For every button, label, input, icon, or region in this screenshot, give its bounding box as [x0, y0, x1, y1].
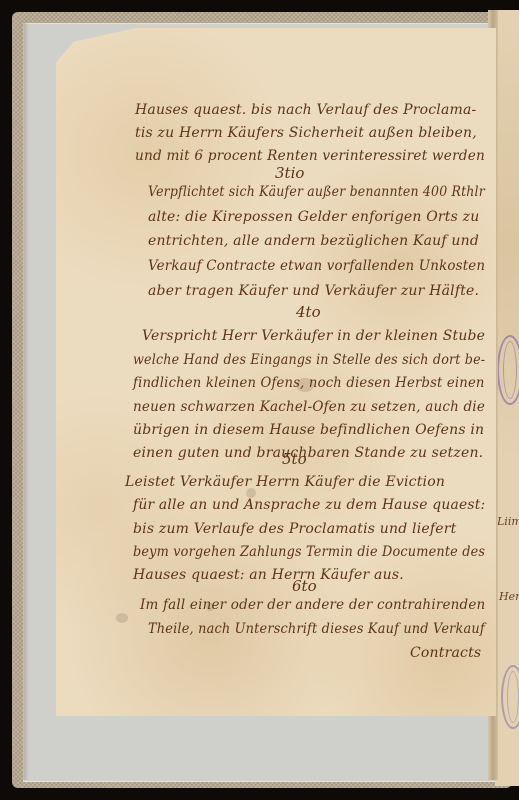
- text-line: Contracts: [410, 645, 481, 661]
- text-line: findlichen kleinen Ofens, noch diesen He…: [133, 375, 485, 391]
- text-line: tis zu Herrn Käufers Sicherheit außen bl…: [135, 125, 477, 141]
- text-line: beym vorgehen Zahlungs Termin die Docume…: [133, 544, 485, 560]
- text-line: übrigen in diesem Hause befindlichen Oef…: [133, 422, 484, 438]
- text-line: Theile, nach Unterschrift dieses Kauf un…: [148, 621, 485, 637]
- text-line: entrichten, alle andern bezüglichen Kauf…: [148, 233, 479, 249]
- section-number: 4to: [296, 303, 321, 321]
- text-line: welche Hand des Eingangs in Stelle des s…: [133, 352, 485, 368]
- text-line: aber tragen Käufer und Verkäufer zur Häl…: [148, 283, 479, 299]
- handwritten-text: Hauses quaest. bis nach Verlauf des Proc…: [0, 0, 519, 800]
- text-line: und mit 6 procent Renten verinteressiret…: [135, 148, 485, 164]
- text-line: Verspricht Herr Verkäufer in der kleinen…: [142, 328, 485, 344]
- text-line: Hauses quaest. bis nach Verlauf des Proc…: [135, 102, 476, 118]
- section-number: 6to: [292, 577, 317, 595]
- text-line: alte: die Kirepossen Gelder enforigen Or…: [148, 209, 479, 225]
- text-line: Im fall einer oder der andere der contra…: [140, 597, 485, 613]
- text-line: einen guten und brauchbaren Stande zu se…: [133, 445, 483, 461]
- text-line: Verpflichtet sich Käufer außer benannten…: [148, 184, 485, 200]
- text-line: für alle an und Ansprache zu dem Hause q…: [133, 497, 485, 513]
- text-line: bis zum Verlaufe des Proclamatis und lie…: [133, 521, 456, 537]
- text-line: Hauses quaest: an Herrn Käufer aus.: [133, 567, 404, 583]
- text-line: Verkauf Contracte etwan vorfallenden Unk…: [148, 258, 485, 274]
- section-number: 3tio: [275, 164, 304, 182]
- section-number: 5to: [282, 450, 307, 468]
- text-line: neuen schwarzen Kachel-Ofen zu setzen, a…: [133, 399, 485, 415]
- text-line: Leistet Verkäufer Herrn Käufer die Evict…: [125, 474, 445, 490]
